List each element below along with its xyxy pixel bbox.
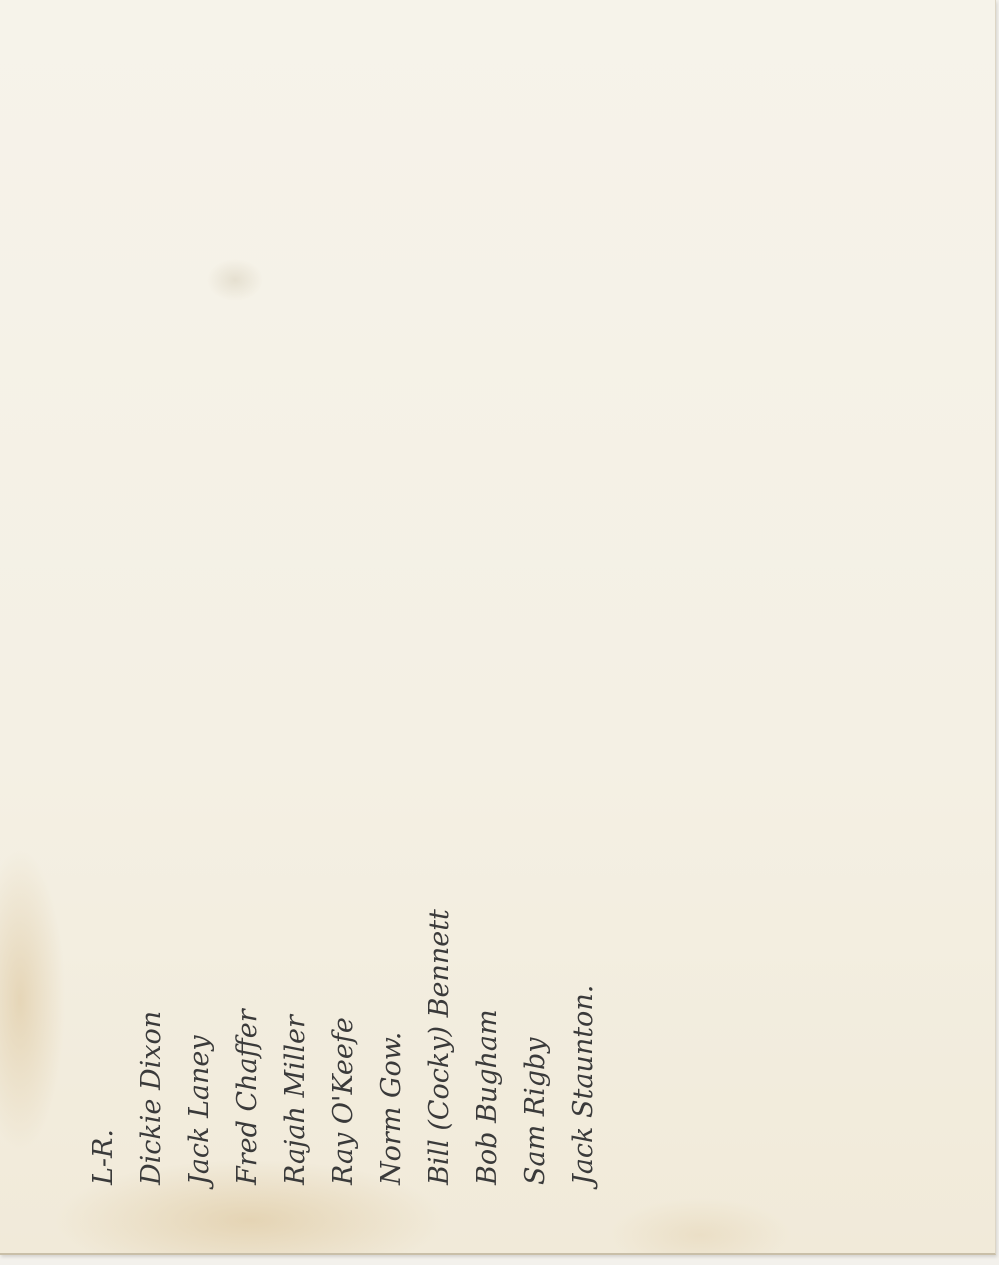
name-line: Ray O'Keefe	[320, 909, 368, 1185]
name-line: Rajah Miller	[272, 909, 320, 1185]
name-line: Bob Bugham	[464, 909, 512, 1185]
name-line: Fred Chaffer	[224, 909, 272, 1185]
name-line: Dickie Dixon	[128, 909, 176, 1185]
name-line: Norm Gow.	[368, 909, 416, 1185]
name-line: Jack Staunton.	[560, 909, 608, 1185]
handwritten-caption: L-R. Dickie Dixon Jack Laney Fred Chaffe…	[80, 909, 608, 1185]
name-line: Jack Laney	[176, 909, 224, 1185]
name-line: Bill (Cocky) Bennett	[416, 909, 464, 1185]
caption-heading: L-R.	[80, 909, 128, 1185]
photo-back-paper: L-R. Dickie Dixon Jack Laney Fred Chaffe…	[0, 0, 996, 1255]
name-line: Sam Rigby	[512, 909, 560, 1185]
